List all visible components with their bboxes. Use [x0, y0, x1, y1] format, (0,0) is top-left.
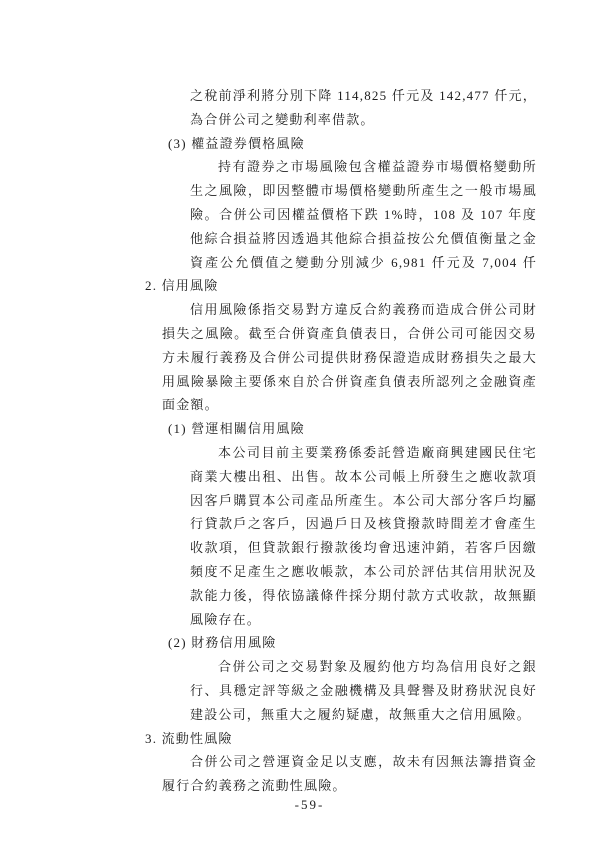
text-line: 行貸款戶之客戶，因過戶日及核貸撥款時間差才會產生應	[190, 512, 537, 536]
text-line: 之稅前淨利將分別下降 114,825 仟元及 142,477 仟元，主因	[190, 84, 537, 108]
list-item-label: (2) 財務信用風險	[168, 631, 537, 655]
text-line: 面金額。	[162, 393, 537, 417]
text-line: 損失之風險。截至合併資產負債表日，合併公司可能因交易對	[162, 322, 537, 346]
text-line: 建設公司，無重大之履約疑慮，故無重大之信用風險。	[190, 703, 537, 727]
text-line: 生之風險，即因整體市場價格變動所產生之一般市場風	[190, 179, 537, 203]
text-line: 資產公允價值之變動分別減少 6,981 仟元及 7,004 仟元。	[190, 251, 537, 275]
text-line: 因客戶購買本公司產品所產生。本公司大部分客戶均屬銀	[190, 489, 537, 513]
list-item-label: (3) 權益證券價格風險	[168, 132, 537, 156]
text-line: 信用風險係指交易對方違反合約義務而造成合併公司財務	[190, 298, 537, 322]
page-number: -59-	[0, 797, 595, 813]
text-line: 頻度不足產生之應收帳款，本公司於評估其信用狀況及還	[190, 560, 537, 584]
text-line: 行、具穩定評等級之金融機構及具聲譽及財務狀況良好之	[190, 679, 537, 703]
text-line: 履行合約義務之流動性風險。	[162, 774, 537, 798]
text-line: 持有證券之市場風險包含權益證券市場價格變動所產	[218, 155, 537, 179]
text-line: 方未履行義務及合併公司提供財務保證造成財務損失之最大信	[162, 346, 537, 370]
text-line: 款能力後，得依協議條件採分期付款方式收款，故無顯著	[190, 584, 537, 608]
list-item-label: (1) 營運相關信用風險	[168, 417, 537, 441]
text-line: 本公司目前主要業務係委託營造廠商興建國民住宅及	[218, 441, 537, 465]
document-body: 之稅前淨利將分別下降 114,825 仟元及 142,477 仟元，主因 為合併…	[0, 84, 595, 798]
text-line: 商業大樓出租、出售。故本公司帳上所發生之應收款項係	[190, 465, 537, 489]
text-line: 他綜合損益將因透過其他綜合損益按公允價值衡量之金融	[190, 227, 537, 251]
text-line: 風險存在。	[190, 608, 537, 632]
list-item-label: 2. 信用風險	[145, 274, 537, 298]
list-item-label: 3. 流動性風險	[145, 727, 537, 751]
text-line: 為合併公司之變動利率借款。	[190, 108, 537, 132]
text-line: 用風險暴險主要係來自於合併資產負債表所認列之金融資產帳	[162, 370, 537, 394]
text-line: 合併公司之交易對象及履約他方均為信用良好之銀	[218, 655, 537, 679]
text-line: 合併公司之營運資金足以支應，故未有因無法籌措資金以	[190, 750, 537, 774]
text-line: 險。合併公司因權益價格下跌 1%時，108 及 107 年度之其	[190, 203, 537, 227]
document-page: 之稅前淨利將分別下降 114,825 仟元及 142,477 仟元，主因 為合併…	[0, 0, 595, 842]
text-line: 收款項，但貸款銀行撥款後均會迅速沖銷，若客戶因繳款	[190, 536, 537, 560]
